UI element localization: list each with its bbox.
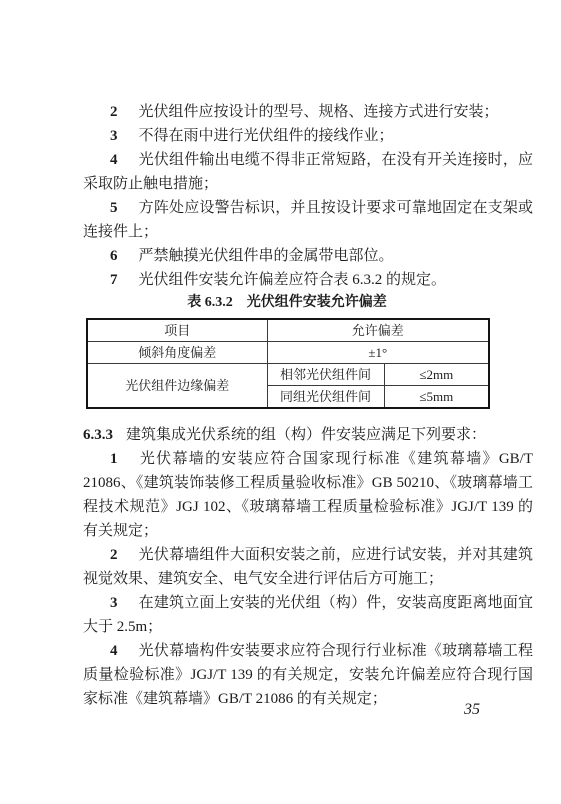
header-cell-item: 项目 [87,319,267,342]
clause-6-3-3-item-1: 1光伏幕墙的安装应符合国家现行标准《建筑幕墙》GB/T 21086、《建筑装饰装… [83,447,533,543]
table-row-edge-adjacent: 光伏组件边缘偏差 相邻光伏组件间 ≤2mm [87,364,489,386]
clause-6-3-3-item-2: 2光伏幕墙组件大面积安装之前，应进行试安装，并对其建筑视觉效果、建筑安全、电气安… [83,543,533,591]
cell-edge-samegroup-label: 同组光伏组件间 [267,386,384,409]
item-number: 2 [110,547,118,563]
cell-tilt-label: 倾斜角度偏差 [87,342,267,364]
clause-6-3-3-item-3: 3在建筑立面上安装的光伏组（构）件，安装高度距离地面宜大于 2.5m； [83,591,533,639]
item-text: 严禁触摸光伏组件串的金属带电部位。 [139,248,394,264]
item-text: 在建筑立面上安装的光伏组（构）件，安装高度距离地面宜大于 2.5m； [83,595,533,635]
page-number: 35 [464,700,480,720]
item-text: 方阵处应设警告标识，并且按设计要求可靠地固定在支架或连接件上； [83,200,533,240]
item-number: 4 [110,152,118,168]
table-header-row: 项目 允许偏差 [87,319,489,342]
clause-6-3-2-item-4: 4光伏组件输出电缆不得非正常短路，在没有开关连接时，应采取防止触电措施； [83,148,533,196]
header-cell-tolerance: 允许偏差 [267,319,489,342]
cell-edge-samegroup-value: ≤5mm [384,386,489,409]
item-text: 光伏幕墙的安装应符合国家现行标准《建筑幕墙》GB/T 21086、《建筑装饰装修… [83,451,533,539]
clause-number: 6.3.3 [83,427,113,443]
clause-6-3-2-item-3: 3不得在雨中进行光伏组件的接线作业； [83,124,533,148]
item-text: 光伏幕墙组件大面积安装之前，应进行试安装，并对其建筑视觉效果、建筑安全、电气安全… [83,547,533,587]
item-number: 1 [110,451,118,467]
item-number: 2 [110,104,118,120]
item-number: 6 [110,248,118,264]
item-number: 5 [110,200,118,216]
item-number: 3 [110,595,118,611]
clause-6-3-2-item-5: 5方阵处应设警告标识，并且按设计要求可靠地固定在支架或连接件上； [83,196,533,244]
page-content: 2光伏组件应按设计的型号、规格、连接方式进行安装； 3不得在雨中进行光伏组件的接… [83,100,533,711]
document-page: 2光伏组件应按设计的型号、规格、连接方式进行安装； 3不得在雨中进行光伏组件的接… [0,0,561,804]
item-text: 光伏组件安装允许偏差应符合表 6.3.2 的规定。 [139,272,447,288]
item-text: 光伏幕墙构件安装要求应符合现行行业标准《玻璃幕墙工程质量检验标准》JGJ/T 1… [83,643,533,707]
cell-edge-adjacent-value: ≤2mm [384,364,489,386]
table-caption: 表 6.3.2 光伏组件安装允许偏差 [86,293,488,313]
item-text: 不得在雨中进行光伏组件的接线作业； [139,128,394,144]
item-text: 光伏组件输出电缆不得非正常短路，在没有开关连接时，应采取防止触电措施； [83,152,533,192]
tolerance-table: 项目 允许偏差 倾斜角度偏差 ±1° 光伏组件边缘偏差 相邻光伏组件间 ≤2mm… [86,318,490,409]
cell-edge-label: 光伏组件边缘偏差 [87,364,267,409]
item-text: 光伏组件应按设计的型号、规格、连接方式进行安装； [139,104,499,120]
clause-6-3-2-item-2: 2光伏组件应按设计的型号、规格、连接方式进行安装； [83,100,533,124]
item-number: 4 [110,643,118,659]
item-number: 7 [110,272,118,288]
clause-6-3-2-item-7: 7光伏组件安装允许偏差应符合表 6.3.2 的规定。 [83,268,533,292]
table-row-tilt: 倾斜角度偏差 ±1° [87,342,489,364]
clause-6-3-2-item-6: 6严禁触摸光伏组件串的金属带电部位。 [83,244,533,268]
item-number: 3 [110,128,118,144]
cell-tilt-value: ±1° [267,342,489,364]
clause-6-3-3-heading: 6.3.3建筑集成光伏系统的组（构）件安装应满足下列要求： [83,423,533,447]
cell-edge-adjacent-label: 相邻光伏组件间 [267,364,384,386]
clause-text: 建筑集成光伏系统的组（构）件安装应满足下列要求： [126,427,486,443]
